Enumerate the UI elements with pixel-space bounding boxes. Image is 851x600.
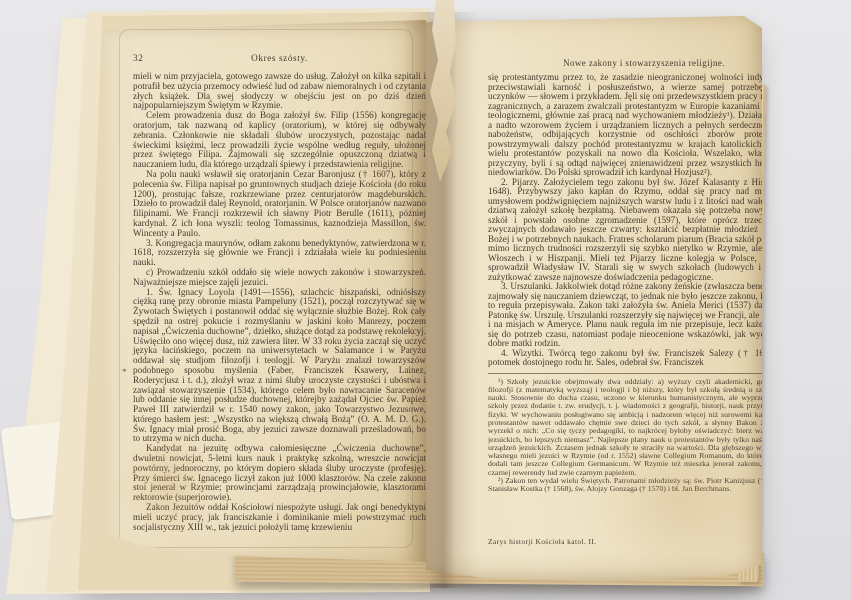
left-running-title: Okres szósty.	[133, 53, 426, 63]
paragraph: c) Prowadzeniu szkół oddało się wiele no…	[133, 268, 426, 288]
right-page: Nowe zakony i stowarzyszenia religijne. …	[426, 16, 762, 584]
paragraph: 1. Św. Ignacy Loyola (1491—1556), szlach…	[133, 288, 426, 445]
footnote: ²) Zakon ten wydał wielu Świętych. Patro…	[488, 477, 800, 494]
right-page-number: 33	[790, 58, 800, 68]
paragraph: Kandydat na jezuitę odbywa całomiesięczn…	[133, 444, 426, 503]
photo-of-open-book: { "scene": { "background_color": "#e4e3e…	[0, 0, 851, 600]
imprint-title: Zarys historji Kościoła katol. II.	[488, 537, 596, 546]
paragraph: 3. Urszulanki. Jakkolwiek dotąd różne za…	[488, 282, 800, 349]
footnote: ¹) Szkoły jezuickie obejmowały dwa oddzi…	[488, 378, 800, 478]
paragraph: Zakon Jezuitów oddał Kościołowi niespoży…	[133, 503, 426, 532]
left-text-column: mieli w nim przyjaciela, gotowego zawsze…	[133, 72, 426, 532]
page-footer: Zarys historji Kościoła katol. II. 3	[488, 537, 800, 546]
paragraph: Na polu nauki wsławił się oratorjanin Ce…	[133, 170, 426, 239]
paragraph: Celem prowadzenia dusz do Boga założył ś…	[133, 111, 426, 170]
right-text-column: się protestantyzmu przez to, że zasadzie…	[488, 73, 800, 494]
paragraph: 4. Wizytki. Twórcą tego zakonu był św. F…	[488, 349, 800, 368]
left-page-number: 32	[133, 53, 143, 63]
paragraph: 3. Kongregacja maurynów, odłam zakonu be…	[133, 239, 426, 268]
paragraph: się protestantyzmu przez to, że zasadzie…	[488, 73, 800, 178]
footnote-separator-rule	[488, 373, 800, 374]
signature-mark: 3	[796, 537, 800, 546]
left-page: 32 Okres szósty. * mieli w nim przyjacie…	[106, 20, 426, 562]
paragraph: mieli w nim przyjaciela, gotowego zawsze…	[133, 72, 426, 111]
paragraph: 2. Pijarzy. Założycielem tego zakonu był…	[488, 178, 800, 283]
pencil-margin-mark: *	[122, 368, 127, 378]
right-running-header: Nowe zakony i stowarzyszenia religijne. …	[488, 58, 800, 68]
right-running-title: Nowe zakony i stowarzyszenia religijne.	[488, 58, 800, 68]
left-running-header: 32 Okres szósty.	[133, 53, 426, 63]
